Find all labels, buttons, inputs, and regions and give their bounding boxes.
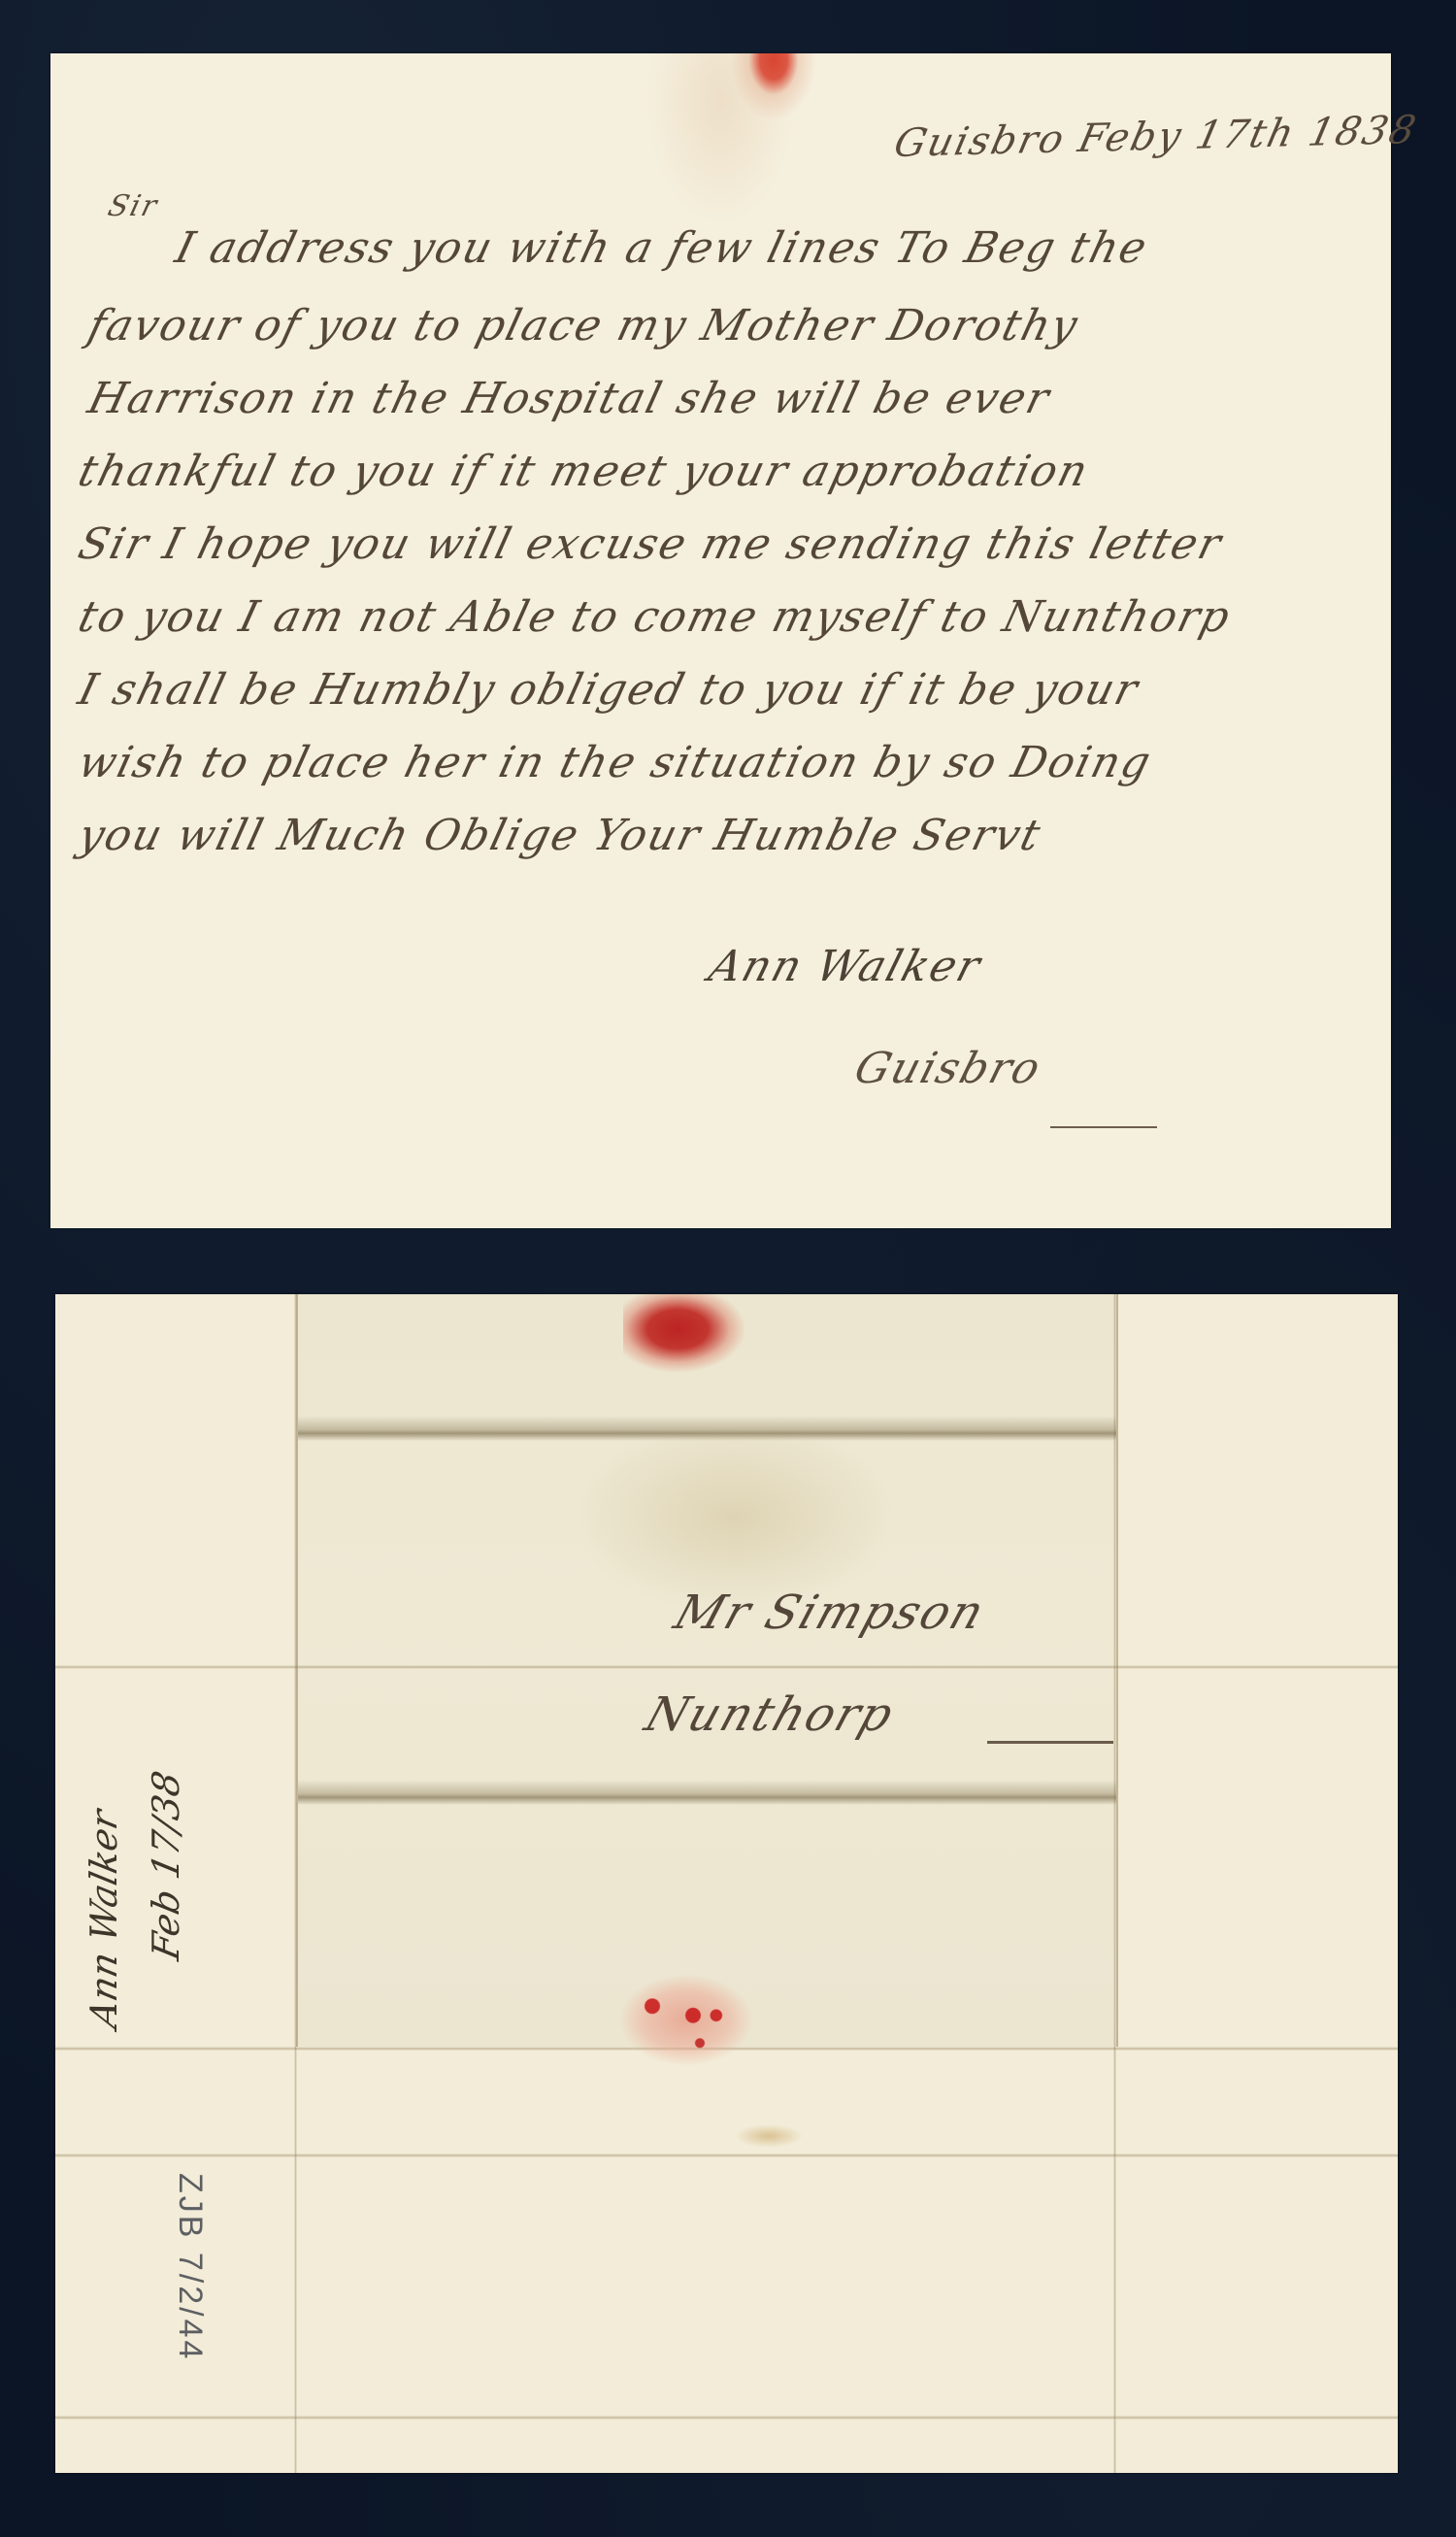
fold-line-vertical	[1113, 1294, 1116, 2473]
docket-note-name: Ann Walker	[83, 1806, 125, 2031]
folded-center-panel	[296, 1294, 1118, 2047]
letter-body-line: favour of you to place my Mother Dorothy	[83, 301, 1084, 351]
letter-body-line: you will Much Oblige Your Humble Servt	[74, 811, 1047, 860]
address-place: Nunthorp	[639, 1687, 902, 1742]
docket-note-date: Feb 17/38	[145, 1767, 187, 1963]
letter-body-line: to you I am not Able to come myself to N…	[74, 592, 1237, 642]
letter-salutation: Sir	[105, 189, 162, 223]
fold-line-vertical	[294, 1294, 297, 2473]
letter-signature: Ann Walker	[704, 942, 988, 991]
pencil-reference-note: ZJB 7/2/44	[171, 2173, 209, 2361]
letter-body-line: thankful to you if it meet your approbat…	[74, 447, 1095, 496]
address-recipient: Mr Simpson	[668, 1586, 992, 1640]
letter-signature-place: Guisbro	[849, 1044, 1047, 1093]
letter-dateline: Guisbro Feby 17th 1838	[890, 108, 1422, 166]
wax-seal-remnant	[730, 53, 817, 121]
letter-body-line: I address you with a few lines To Beg th…	[171, 223, 1154, 273]
letter-body-line: Sir I hope you will excuse me sending th…	[74, 519, 1228, 569]
letter-body-line: wish to place her in the situation by so…	[74, 738, 1157, 787]
fold-line-horizontal	[55, 2416, 1398, 2420]
address-underline	[987, 1741, 1113, 1744]
letter-body-line: I shall be Humbly obliged to you if it b…	[74, 665, 1144, 715]
letter-address-page: Mr Simpson Nunthorp Ann Walker Feb 17/38…	[55, 1294, 1398, 2473]
letter-front-page: Guisbro Feby 17th 1838 Sir I address you…	[50, 53, 1391, 1228]
signature-underline	[1050, 1126, 1157, 1128]
wax-seal	[623, 1294, 745, 1372]
stain-spot	[735, 2124, 803, 2148]
letter-body-line: Harrison in the Hospital she will be eve…	[83, 374, 1056, 423]
fold-line-horizontal	[55, 2153, 1398, 2157]
fold-crease	[298, 1780, 1116, 1805]
wax-seal-fragments	[618, 1974, 754, 2066]
fold-line-horizontal	[55, 1665, 1398, 1669]
